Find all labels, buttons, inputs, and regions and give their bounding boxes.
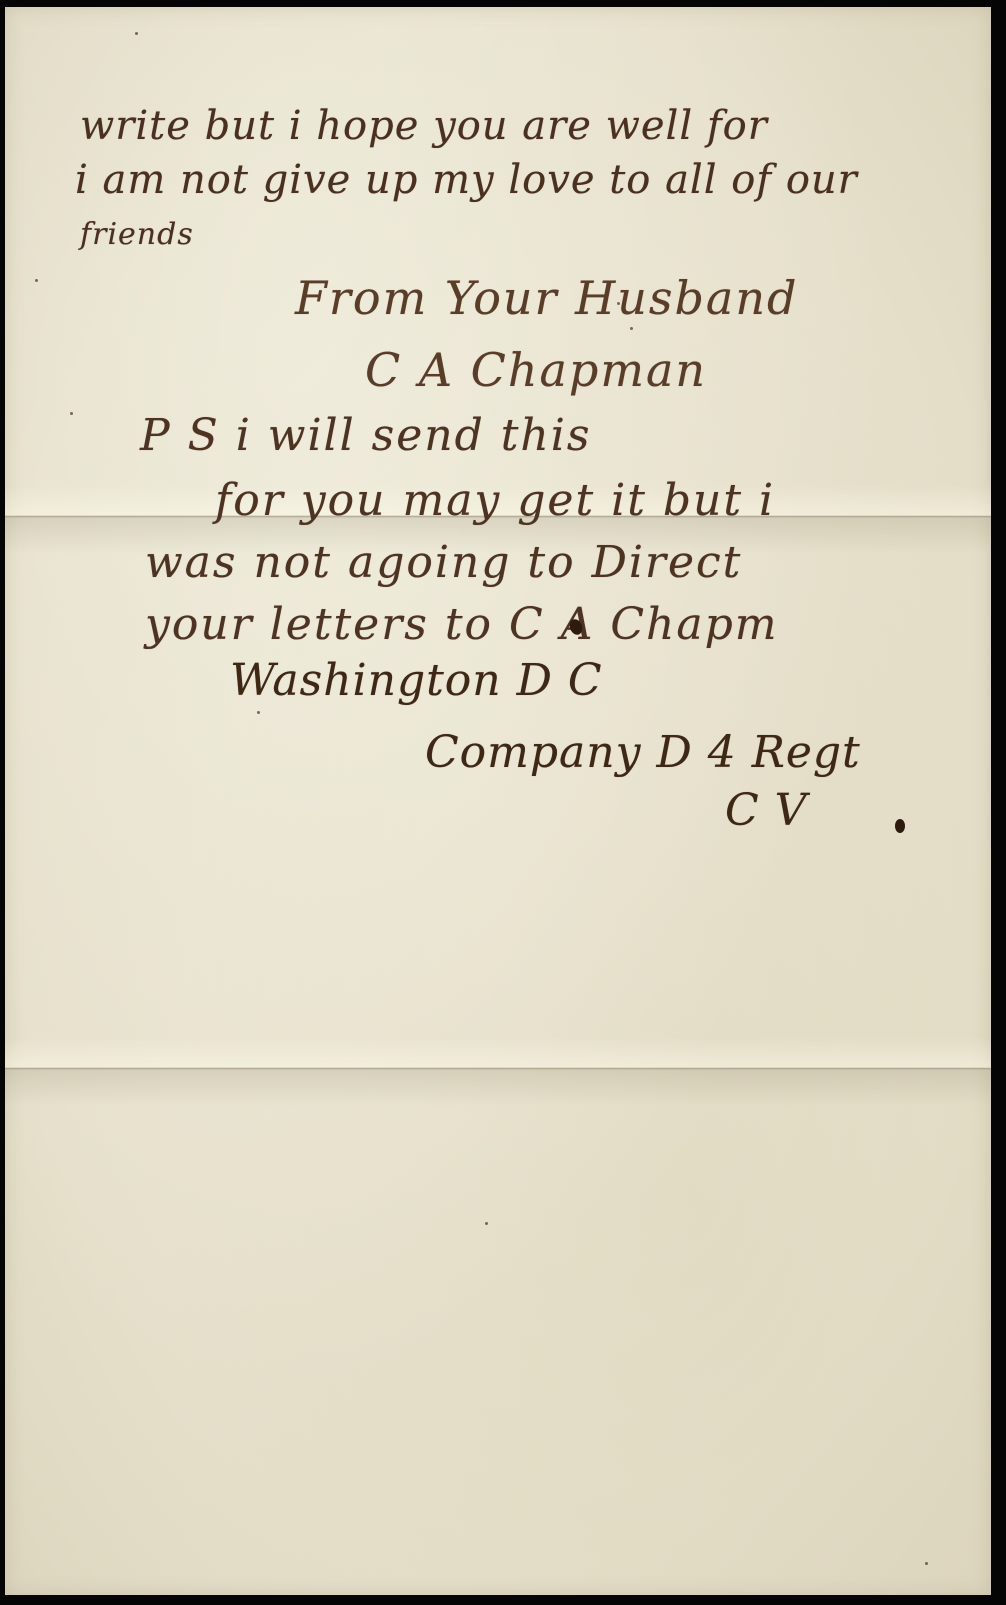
paper-speck (257, 711, 260, 714)
letter-line-3: friends (80, 217, 194, 252)
paper-speck (135, 32, 138, 35)
postscript-line-3: was not agoing to Direct (145, 537, 742, 588)
paper-speck (630, 327, 633, 330)
paper-speck (35, 279, 38, 282)
address-city: Washington D C (230, 655, 603, 706)
ink-blot-mark (895, 819, 905, 833)
signature: C A Chapman (365, 343, 707, 397)
address-unit: Company D 4 Regt (425, 727, 861, 778)
postscript-line-1: P S i will send this (140, 410, 591, 461)
postscript-line-4: your letters to C A Chapm (145, 599, 779, 650)
letter-line-2: i am not give up my love to all of our (75, 157, 858, 203)
letter-line-1: write but i hope you are well for (80, 103, 768, 149)
paper-speck (70, 412, 73, 415)
fold-shadow-lower (5, 1070, 991, 1106)
paper-speck (925, 1562, 928, 1565)
letter-page: write but i hope you are well for i am n… (5, 7, 991, 1595)
address-state-volunteers: C V (725, 785, 807, 836)
fold-highlight-lower (5, 1037, 991, 1067)
paper-speck (485, 1222, 488, 1225)
closing-salutation: From Your Husband (295, 271, 798, 325)
postscript-line-2: for you may get it but i (215, 475, 775, 526)
paper-speck (617, 302, 620, 305)
